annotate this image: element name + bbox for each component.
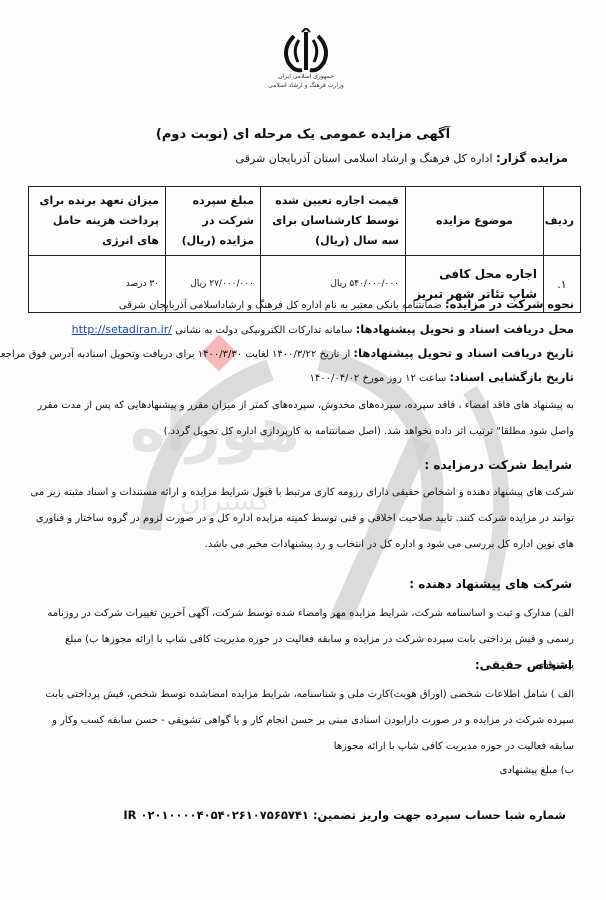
emblem-caption: جمهوری اسلامی ایران وزارت فرهنگ و ارشاد … (268, 72, 344, 90)
notice-title: آگهی مزایده عمومی یک مرحله ای (نوبت دوم) (0, 127, 606, 142)
sheba-label: شماره شبا حساب سپرده جهت واریز تضمین: (313, 808, 566, 822)
participation-method-value: ضمانتنامه بانکی معتبر به نام اداره کل فر… (119, 300, 442, 311)
participation-method-label: نحوه شرکت در مزایده: (445, 297, 574, 311)
documents-location-value: سامانه تدارکات الکترونیکی دولت به نشانی (175, 325, 352, 336)
table-header-row: ردیف موضوع مزایده قیمت اجاره تعیین شده ت… (29, 187, 581, 256)
opening-date-label: تاریخ بازگشایی اسناد: (449, 370, 574, 384)
auction-table: ردیف موضوع مزایده قیمت اجاره تعیین شده ت… (28, 186, 581, 313)
emblem-caption-line1: جمهوری اسلامی ایران (268, 72, 344, 81)
auctioneer-line: مزایده گزار: اداره کل فرهنگ و ارشاد اسلا… (236, 151, 568, 165)
header-subject: موضوع مزایده (406, 187, 544, 256)
companies-heading: شرکت های پیشنهاد دهنده : (409, 577, 572, 591)
documents-date-value: از تاریخ ۱۴۰۰/۳/۲۲ لغایت ۱۴۰۰/۳/۳۰ برای … (0, 349, 350, 360)
header-deposit: مبلغ سپرده شرکت در مزایده (ریال) (166, 187, 261, 256)
header-energy-commitment: میزان تعهد برنده برای پرداخت هزینه حامل … (29, 187, 166, 256)
individuals-text: الف ) شامل اطلاعات شخصی (اوراق هویت)کارت… (30, 682, 574, 760)
participation-method-line: نحوه شرکت در مزایده: ضمانتنامه بانکی معت… (119, 297, 574, 311)
rejection-note: به پیشنهاد های فاقد امضاء ، فاقد سپرده، … (30, 393, 574, 445)
sheba-value: IR ۰۲۰۱۰۰۰۰۴۰۵۴۰۲۶۱۰۷۵۶۵۷۴۱ (123, 808, 309, 822)
header-rent-price: قیمت اجاره تعیین شده توسط کارشناسان برای… (261, 187, 406, 256)
header-row-no: ردیف (544, 187, 581, 256)
documents-location-label: محل دریافت اسناد و تحویل پیشنهادها: (356, 322, 574, 336)
documents-date-line: تاریخ دریافت اسناد و تحویل پیشنهادها: از… (0, 346, 574, 360)
sheba-line: شماره شبا حساب سپرده جهت واریز تضمین: IR… (123, 808, 566, 822)
auction-notice-page: هوراه گستران جمهوری اسلامی ایران وزارت ف… (0, 0, 606, 900)
auctioneer-label: مزایده گزار: (496, 151, 568, 165)
opening-date-value: ساعت ۱۲ روز مورخ ۱۴۰۰/۰۴/۰۲ (310, 373, 447, 384)
documents-location-line: محل دریافت اسناد و تحویل پیشنهادها: ساما… (72, 322, 574, 336)
auctioneer-value: اداره کل فرهنگ و ارشاد اسلامی استان آذرب… (236, 152, 493, 165)
emblem-caption-line2: وزارت فرهنگ و ارشاد اسلامی (268, 81, 344, 90)
conditions-text: شرکت های پیشنهاد دهنده و اشخاص حقیقی دار… (30, 480, 574, 558)
individuals-heading: اشخاص حقیقی: (475, 658, 572, 672)
conditions-heading: شرایط شرکت درمزایده : (424, 458, 572, 472)
documents-date-label: تاریخ دریافت اسناد و تحویل پیشنهادها: (353, 346, 574, 360)
opening-date-line: تاریخ بازگشایی اسناد: ساعت ۱۲ روز مورخ ۱… (310, 370, 574, 384)
individuals-item-b: ب) مبلغ پیشنهادی (500, 765, 574, 776)
setadiran-link[interactable]: http://setadiran.ir/ (72, 323, 172, 336)
